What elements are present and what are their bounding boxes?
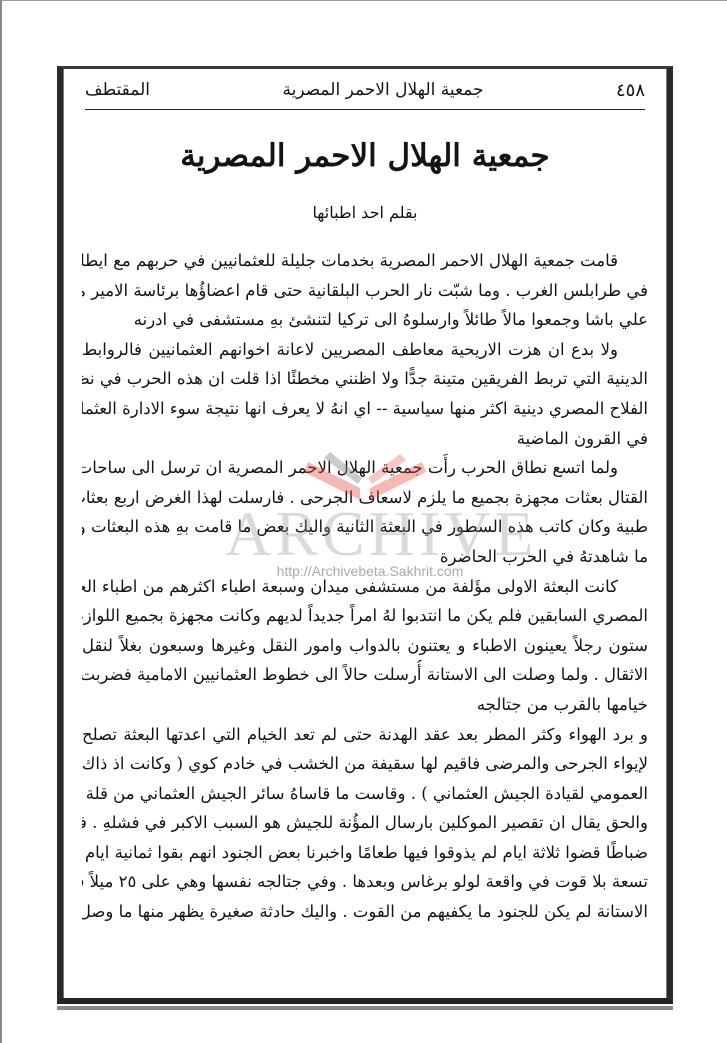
journal-name: المقتطف [85, 80, 150, 100]
scan-edge-top [0, 0, 727, 1]
body-line: القتال بعثات مجهزة بجميع ما يلزم لاسعاف … [82, 483, 648, 513]
page-number: ٤٥٨ [616, 80, 645, 101]
body-line: ولما اتسع نطاق الحرب رأَت جمعية الهلال ا… [82, 453, 648, 483]
body-line: ستون رجلاً يعينون الاطباء و يعتنون بالدو… [82, 631, 648, 661]
body-line: كانت البعثة الاولى مؤَلفة من مستشفى ميدا… [82, 572, 648, 602]
body-line: و برد الهواء وكثر المطر بعد عقد الهدنة ح… [82, 720, 648, 750]
body-line: ما شاهدتهُ في الحرب الحاضرة [82, 542, 648, 572]
article-body: قامت جمعية الهلال الاحمر المصرية بخدمات … [82, 246, 648, 927]
body-line: ولا بدع ان هزت الاريحية معاطف المصريين ل… [82, 335, 648, 365]
scan-edge-left [0, 0, 2, 1043]
body-line: خيامها بالقرب من جتالجه [82, 690, 648, 720]
body-line: العمومي لقيادة الجيش العثماني ) . وقاست … [82, 779, 648, 809]
running-header: ٤٥٨ جمعية الهلال الاحمر المصرية المقتطف [85, 72, 645, 108]
body-line: لإيواء الجرحى والمرضى فاقيم لها سقيفة من… [82, 749, 648, 779]
body-line: الاثقال . ولما وصلت الى الاستانة أُرسلت … [82, 660, 648, 690]
body-line: الاستانة لم يكن للجنود ما يكفيهم من القو… [82, 897, 648, 927]
header-rule [85, 109, 645, 110]
article-title: جمعية الهلال الاحمر المصرية [60, 138, 670, 174]
body-line: تسعة بلا قوت في واقعة لولو برغاس وبعدها … [82, 867, 648, 897]
body-line: قامت جمعية الهلال الاحمر المصرية بخدمات … [82, 246, 648, 276]
body-line: في القرون الماضية [82, 424, 648, 454]
body-line: ضباطًا قضوا ثلاثة ايام لم يذوقوا فيها طع… [82, 838, 648, 868]
body-line: المصري السابقين فلم يكن ما انتدبوا لهُ ا… [82, 601, 648, 631]
body-line: الدينية التي تربط الفريقين متينة جدًّا و… [82, 364, 648, 394]
running-title: جمعية الهلال الاحمر المصرية [282, 80, 483, 100]
body-line: في طرابلس الغرب . وما شبّت نار الحرب الب… [82, 276, 648, 306]
body-line: الفلاح المصري دينية اكثر منها سياسية -- … [82, 394, 648, 424]
body-line: طبية وكان كاتب هذه السطور في البعثة الثا… [82, 512, 648, 542]
body-line: والحق يقال ان تقصير الموكلين بارسال المؤ… [82, 808, 648, 838]
article-byline: بقلم احد اطبائها [60, 203, 670, 222]
body-line: علي باشا وجمعوا مالاً طائلاً وارسلوهُ ال… [82, 305, 648, 335]
